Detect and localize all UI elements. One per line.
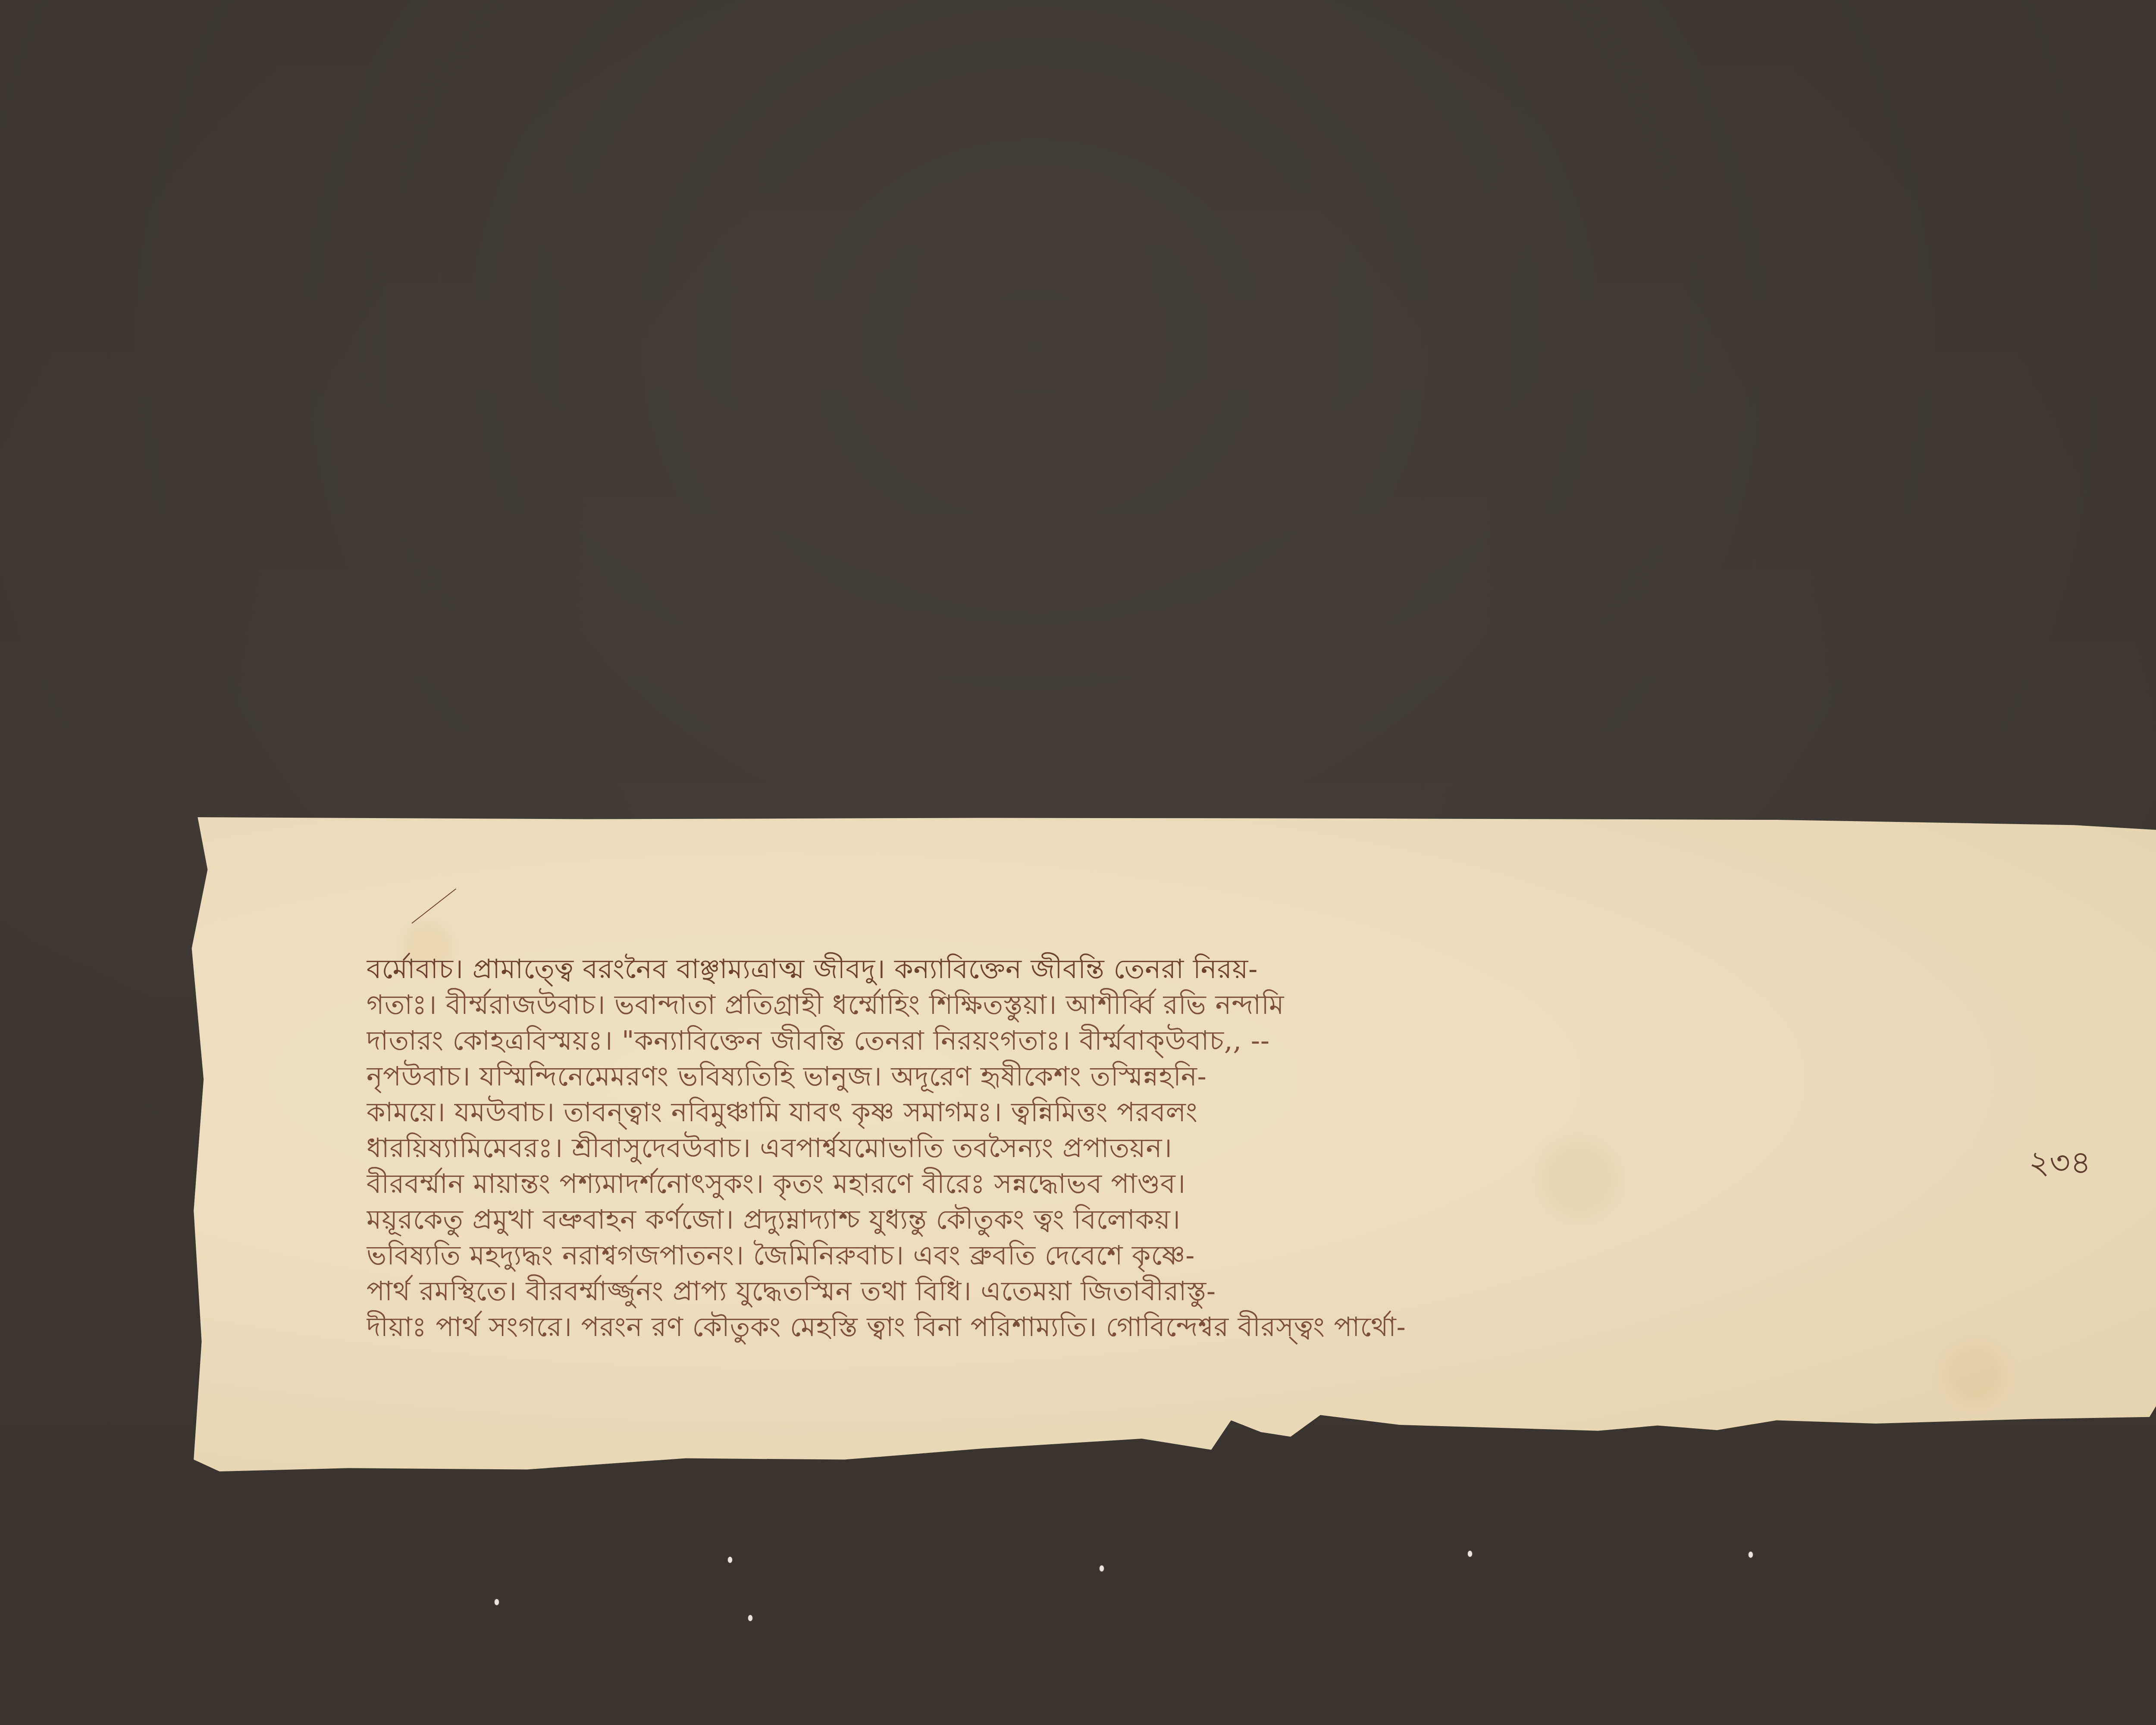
mounting-pin [748, 1615, 752, 1621]
manuscript-line: দীয়াঃ পার্থ সংগরে। পরংন রণ কৌতুকং মেহস্… [367, 1309, 2113, 1345]
mounting-pin [1468, 1551, 1472, 1557]
manuscript-line: ধারয়িষ্যামিমেবরঃ। শ্রীবাসুদেবউবাচ। এবপা… [367, 1130, 2113, 1166]
mounting-pin [1749, 1552, 1753, 1558]
mounting-pin [495, 1599, 499, 1605]
manuscript-line: ভবিষ্যতি মহদ্যুদ্ধং নরাশ্বগজপাতনং। জৈমিন… [367, 1237, 2113, 1273]
manuscript-text-block: বর্মোবাচ। প্রামাত্ত্বে বরংনৈব বাঞ্ছাম্যত… [367, 951, 2113, 1345]
manuscript-line: নৃপউবাচ। যস্মিন্দিনেমেমরণং ভবিষ্যতিহি ভা… [367, 1058, 2113, 1094]
manuscript-line: বর্মোবাচ। প্রামাত্ত্বে বরংনৈব বাঞ্ছাম্যত… [367, 951, 2113, 987]
manuscript-line: কাময়ে। যমউবাচ। তাবন্ত্বাং নবিমুঞ্চামি য… [367, 1094, 2113, 1130]
manuscript-line: বীরবর্ম্মান মায়ান্তং পশ্যমাদর্শনোৎসুকং।… [367, 1166, 2113, 1201]
manuscript-line: পার্থ রমস্থিতে। বীরবর্ম্মার্জ্জুনং প্রাপ… [367, 1273, 2113, 1309]
folio-number: ২৩৪ [2029, 1138, 2091, 1192]
mounting-pin [728, 1557, 732, 1563]
manuscript-line: ময়ূরকেতু প্রমুখা বভ্রুবাহন কর্ণজো। প্রদ… [367, 1201, 2113, 1237]
manuscript-line: দাতারং কোহত্রবিস্ময়ঃ। "কন্যাবিক্তেন জীব… [367, 1022, 2113, 1058]
manuscript-line: গতাঃ। বীর্ম্মরাজউবাচ। ভবান্দাতা প্রতিগ্র… [367, 987, 2113, 1022]
mounting-pin [1100, 1565, 1104, 1571]
